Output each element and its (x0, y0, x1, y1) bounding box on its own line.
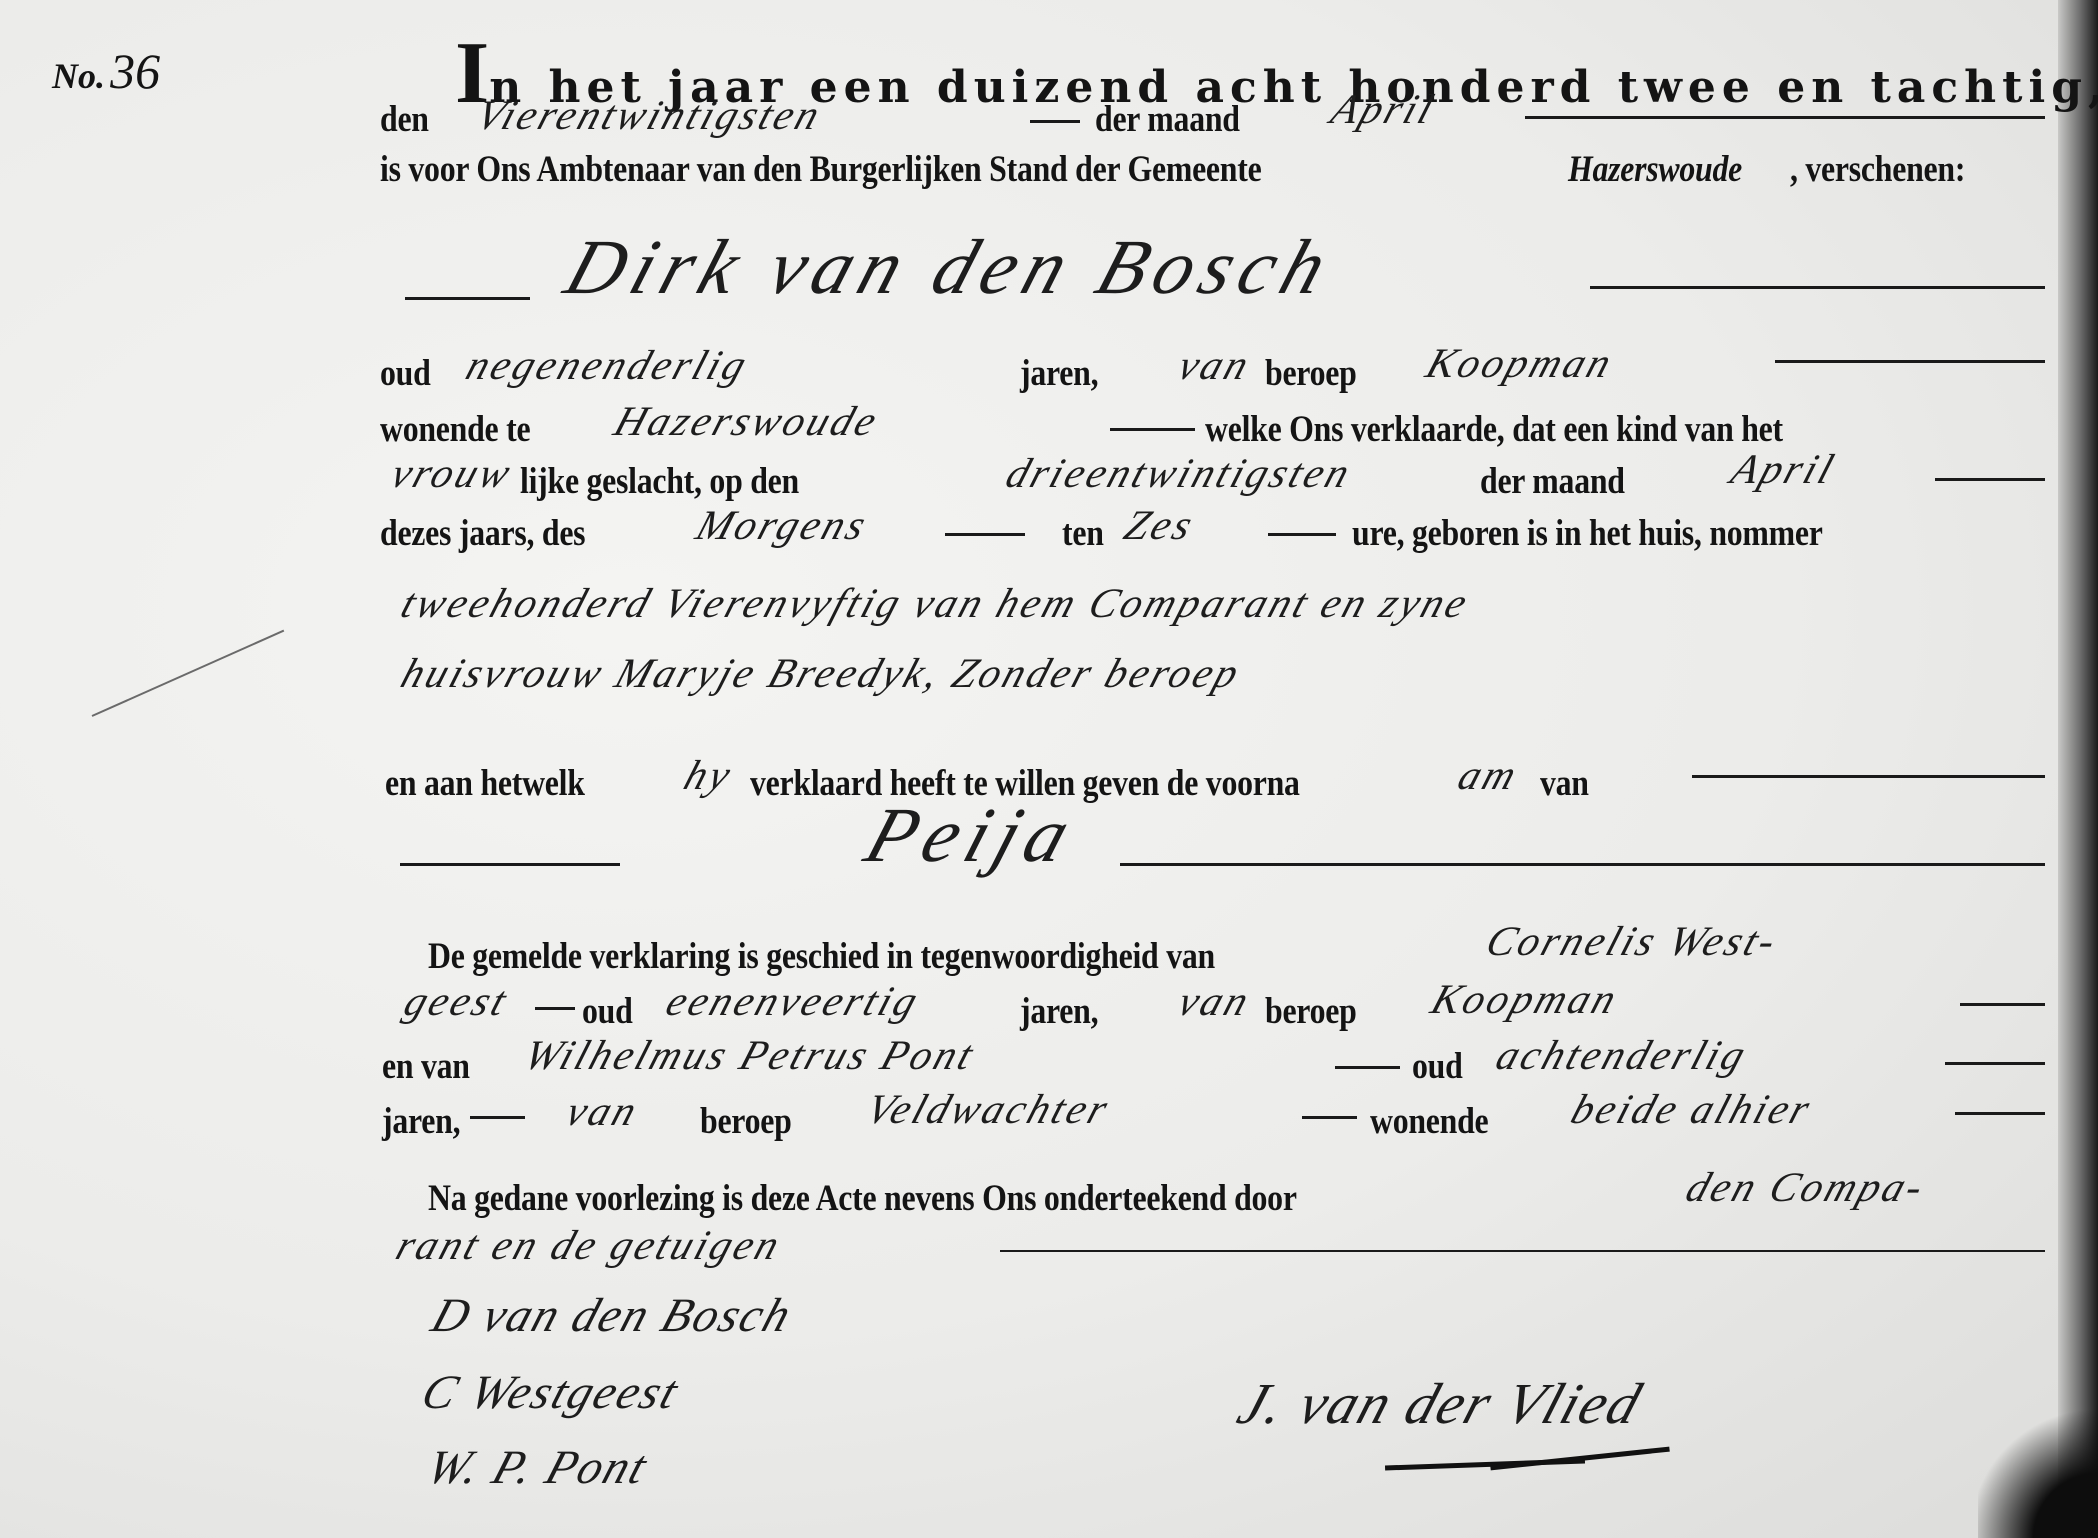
witness2-intro: en van (382, 1045, 470, 1088)
fill-rule (405, 297, 530, 300)
margin-pen-stroke (92, 630, 285, 717)
child-given-name-field: Peija (855, 790, 1089, 880)
witness2-van-field: van (560, 1088, 645, 1136)
witnesses-residence-field: beide alhier (1565, 1086, 1818, 1134)
day-written-field: Vierentwintigsten (470, 92, 828, 140)
fill-rule (1775, 360, 2045, 363)
fill-rule (1120, 863, 2045, 866)
witness1-profession-field: Koopman (1425, 976, 1625, 1024)
profession-label: beroep (1265, 352, 1357, 395)
birth-month-label: der maand (1480, 460, 1625, 503)
birth-day-field: drieentwintigsten (1000, 450, 1358, 498)
fill-rule (1945, 1062, 2045, 1065)
witness1-profession-label: beroep (1265, 990, 1357, 1033)
fill-rule (470, 1116, 525, 1119)
signed-by-line1-field: den Compa- (1680, 1164, 1932, 1212)
witness2-profession-label: beroep (700, 1100, 792, 1143)
hour-label: ten (1062, 512, 1104, 555)
witness1-name-line1-field: Cornelis West- (1480, 918, 1785, 966)
witness1-age-field: eenenveertig (660, 978, 926, 1026)
witness1-years-label: jaren, (1020, 990, 1098, 1033)
scanned-document-page: No. 36 In het jaar een duizend acht hond… (0, 0, 2098, 1538)
witness2-years-label: jaren, (382, 1100, 460, 1143)
witness1-van-field: van (1172, 978, 1257, 1026)
witness1-name-line2-field: geest (398, 978, 515, 1026)
month-field: April (1325, 86, 1442, 134)
fill-rule (400, 863, 620, 866)
age-label: oud (380, 352, 431, 395)
fill-rule (1268, 533, 1336, 536)
hour-field: Zes (1118, 502, 1201, 550)
fill-rule (1692, 775, 2045, 778)
signed-by-line2-field: rant en de getuigen (390, 1222, 788, 1270)
birth-place-text: ure, geboren is in het huis, nommer (1352, 512, 1823, 555)
witness2-profession-field: Veldwachter (860, 1086, 1116, 1134)
child-sex-field: vrouw (385, 450, 519, 498)
fill-rule (1960, 1003, 2045, 1006)
witness-intro-text: De gemelde verklaring is geschied in teg… (428, 935, 1215, 978)
fill-rule (1525, 116, 2045, 119)
years-label: jaren, (1020, 352, 1098, 395)
header-line-3: is voor Ons Ambtenaar van den Burgerlijk… (380, 148, 1405, 191)
municipality-name: Hazerswoude (1568, 148, 1742, 191)
fill-rule (1335, 1066, 1400, 1069)
header-line-3-suffix: , verschenen: (1790, 148, 1965, 191)
closing-text: Na gedane voorlezing is deze Acte nevens… (428, 1177, 1297, 1220)
house-number-parents-line-2: huisvrouw Maryje Breedyk, Zonder beroep (395, 650, 1247, 698)
child-sex-suffix: lijke geslacht, op den (520, 460, 799, 503)
header-line-2-prefix: den (380, 98, 429, 141)
number-label: No. (52, 56, 105, 96)
fill-rule (1302, 1116, 1357, 1119)
declarant-age-field: negenenderlig (460, 342, 755, 390)
signature-witness-2: W. P. Pont (420, 1440, 655, 1495)
declarant-residence-field: Hazerswoude (608, 398, 885, 446)
witness1-age-label: oud (582, 990, 633, 1033)
witness2-age-field: achtenderlig (1490, 1032, 1754, 1080)
signature-registrar: J. van der Vlied (1230, 1370, 1651, 1437)
name-intro-prefix: en aan hetwelk (385, 762, 585, 805)
signature-witness-1: C Westgeest (415, 1365, 686, 1420)
registrar-text: is voor Ons Ambtenaar van den Burgerlijk… (380, 148, 1261, 191)
fill-rule (945, 533, 1025, 536)
scan-corner-shadow (1978, 1398, 2098, 1538)
signature-declarant: D van den Bosch (425, 1288, 799, 1343)
name-intro-hy: hy (678, 752, 739, 800)
certificate-number: No. 36 (52, 42, 160, 100)
name-intro-van: van (1540, 762, 1589, 805)
van-field: van (1172, 342, 1257, 390)
witnesses-residence-label: wonende (1370, 1100, 1488, 1143)
time-of-day-field: Morgens (690, 502, 874, 550)
declarant-profession-field: Koopman (1420, 340, 1620, 388)
fill-rule (1955, 1112, 2045, 1115)
fill-rule (535, 1007, 575, 1010)
name-intro-am: am (1452, 752, 1525, 800)
birth-month-field: April (1725, 446, 1842, 494)
number-value: 36 (110, 43, 160, 99)
house-number-parents-line-1: tweehonderd Vierenvyftig van hem Compara… (395, 580, 1476, 628)
fill-rule (1935, 478, 2045, 481)
witness2-age-label: oud (1412, 1045, 1463, 1088)
year-label: dezes jaars, des (380, 512, 585, 555)
registrar-paraph-stroke (1490, 1447, 1670, 1471)
header-line-2-month-label: der maand (1095, 98, 1240, 141)
witness2-name-field: Wilhelmus Petrus Pont (518, 1032, 982, 1080)
fill-rule (1110, 428, 1195, 431)
fill-rule (1000, 1250, 2045, 1252)
scan-edge-shadow (2058, 0, 2098, 1538)
residence-label: wonende te (380, 408, 530, 451)
fill-rule (1030, 120, 1080, 123)
statement-text: welke Ons verklaarde, dat een kind van h… (1205, 408, 1783, 451)
fill-rule (1590, 286, 2045, 289)
declarant-name-field: Dirk van den Bosch (555, 222, 1346, 312)
